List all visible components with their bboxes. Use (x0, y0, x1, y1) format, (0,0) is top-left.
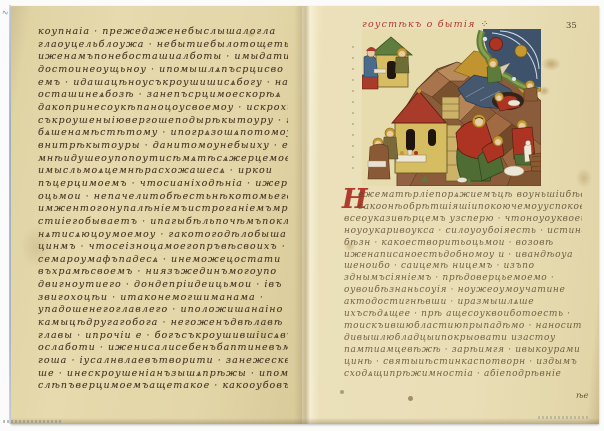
corner-microtext-left (3, 420, 61, 423)
left-page-text: коупнаіа · прежедаженебыслышалоглаглаоуц… (38, 26, 288, 393)
manuscript-line: осташинеѧбозѣ · занепъсрцимоескорѣѧ (38, 89, 288, 102)
manuscript-line: съкроушеныіювергошеподырѣкытоуру · гаже (38, 115, 288, 128)
manuscript-line: оцьмои · непачелитобѣестьнѣкотомьего · (38, 191, 288, 204)
manuscript-line: цинмъ · чтосеізноцамоегопръвѣсвоихъ · (38, 241, 288, 254)
manuscript-line: иженамъпонебосташиалботы · имыдати (38, 51, 288, 64)
manuscript-line: ослаботи · иженисалисебенъбаптиневъмо (38, 342, 288, 355)
quire-mark: ѣе (576, 391, 589, 401)
manuscript-line: пъцерцимоемъ · чтосианіходѣніа · ижерѣ (38, 178, 288, 191)
manuscript-line: зднымъсіяніемъ · прѣдоверцьемоемо · (344, 273, 582, 285)
manuscript-line: имысльмоѧцемнѣрасхожашесѧ · иркои (38, 165, 288, 178)
manuscript-line: слѣпъверцимоемъащетакое · какооубовъмо (38, 380, 288, 393)
manuscript-line: камыцѣдругагобога · негоженъдвѣлавѣ (38, 317, 288, 330)
manuscript-line: имжентогонупалѣніемъистроганіемъмро (38, 203, 288, 216)
manuscript-line: сакоонѣобрѣтшіяшіипокоючемоууспокоемоу ·… (344, 202, 582, 214)
left-page: коупнаіа · прежедаженебыслышалоглаглаоуц… (11, 6, 302, 424)
manuscript-line: памтиамцевѣжѣ · зарѣимгя · ивыкоурами (344, 345, 582, 357)
folio-number: 35 (566, 21, 577, 31)
manuscript-line: дакопринесоукѣпаноцоусвоемоу · искрохы (38, 102, 288, 115)
manuscript-line: внитрѣкытоуры · данитомоунебыиху · еще (38, 140, 288, 153)
manuscript-scan: ∿ коупнаіа · прежедаженебыслышалоглаглао… (0, 0, 604, 431)
manuscript-line: мнѣидушеоупопоутисѣмѧтѣсѧжерцемое · (38, 153, 288, 166)
manuscript-line: емъ · идашацѣноусъкроушишисѧбогу · на (38, 77, 288, 90)
right-page-text: ежематѣрліепорѧжиемъцѣ воуньшіибѣдивѣ ·с… (344, 190, 582, 381)
manuscript-line: бѣзн · какоестворитьоцьмои · возовѣ (344, 238, 582, 250)
manuscript-line: шеноибо · саицемѣ ницемъ · изъпо (344, 261, 582, 273)
book-spread: коупнаіа · прежедаженебыслышалоглаглаоуц… (11, 6, 599, 424)
manuscript-line: всеоуказивѣрцемъ узсперю · чтоноуоуквоеш… (344, 214, 582, 226)
manuscript-line: оувоибѣзнаньсоуія · ноужеоумоучатине (344, 285, 582, 297)
manuscript-line: глаоуцельблоужа · небытиебылотощетыда (38, 39, 288, 52)
manuscript-line: упадошенегоглавлего · иположишанаіно (38, 304, 288, 317)
manuscript-line: актодостигнѣвши · иразмышлѧше (344, 297, 582, 309)
manuscript-line: цинѣ · святыиѣстинкаспотворн · издымъ (344, 357, 582, 369)
manuscript-line: звигохоцѣи · итаконемогшиманама · (38, 292, 288, 305)
page-gutter (294, 6, 320, 424)
manuscript-line: въхрамѣсвоемъ · ниязъжединъмогоупо (38, 266, 288, 279)
manuscript-line: главы · ипрочіи е · богъсъкроушившіисѧвъ (38, 330, 288, 343)
manuscript-line: ежематѣрліепорѧжиемъцѣ воуньшіибѣдивѣ · (344, 190, 582, 202)
manuscript-line: сходѧщипрѣжимностіа · абіеподрѣвніе (344, 369, 582, 381)
manuscript-line: дивышлюбладцыипокрыовати изастоу (344, 333, 582, 345)
manuscript-line: ше · инескроушеніанъзышѧпрѣжы · ипомъ (38, 368, 288, 381)
manuscript-line: тоискъившюбластиюпрыпадѣмо · наносить (344, 321, 582, 333)
margin-pen-marks (352, 46, 354, 171)
manuscript-line: семароумафъпадесѧ · инеможецостати (38, 254, 288, 267)
page-bottom-shadow (11, 418, 599, 424)
right-page: гоустѣкъ о бытія ⁘ 35 (302, 6, 599, 424)
manuscript-line: достоинеоущьноу · ипомышлѧпъсрцисво (38, 64, 288, 77)
manuscript-line: гоша · іусалнвлаевътворити · занежесквръ (38, 355, 288, 368)
manuscript-line: ноуоукаривоукса · силоуоубоіяесть · исти… (344, 226, 582, 238)
miniature-illustration (362, 29, 541, 186)
manuscript-line: иженаписаноестьдобномоу и · ивандѣоуа (344, 250, 582, 262)
manuscript-line: двигноутиего · дондепріидеицьмои · івъ (38, 279, 288, 292)
manuscript-line: стиіегобываетъ · ипагыбѣльпочѣмъпокла (38, 216, 288, 229)
manuscript-line: нѧтисѧюцоумоемоу · гакотогодѣлобыша (38, 229, 288, 242)
manuscript-line: коупнаіа · прежедаженебыслышалогла (38, 26, 288, 39)
manuscript-line: бѧшенамѣстѣтому · ипогрѧзошѧпотомоу (38, 127, 288, 140)
manuscript-line: ихъсѣдѧщее · прѣ ащесоуквоиботоесть · (344, 309, 582, 321)
corner-microtext-right (538, 416, 590, 419)
